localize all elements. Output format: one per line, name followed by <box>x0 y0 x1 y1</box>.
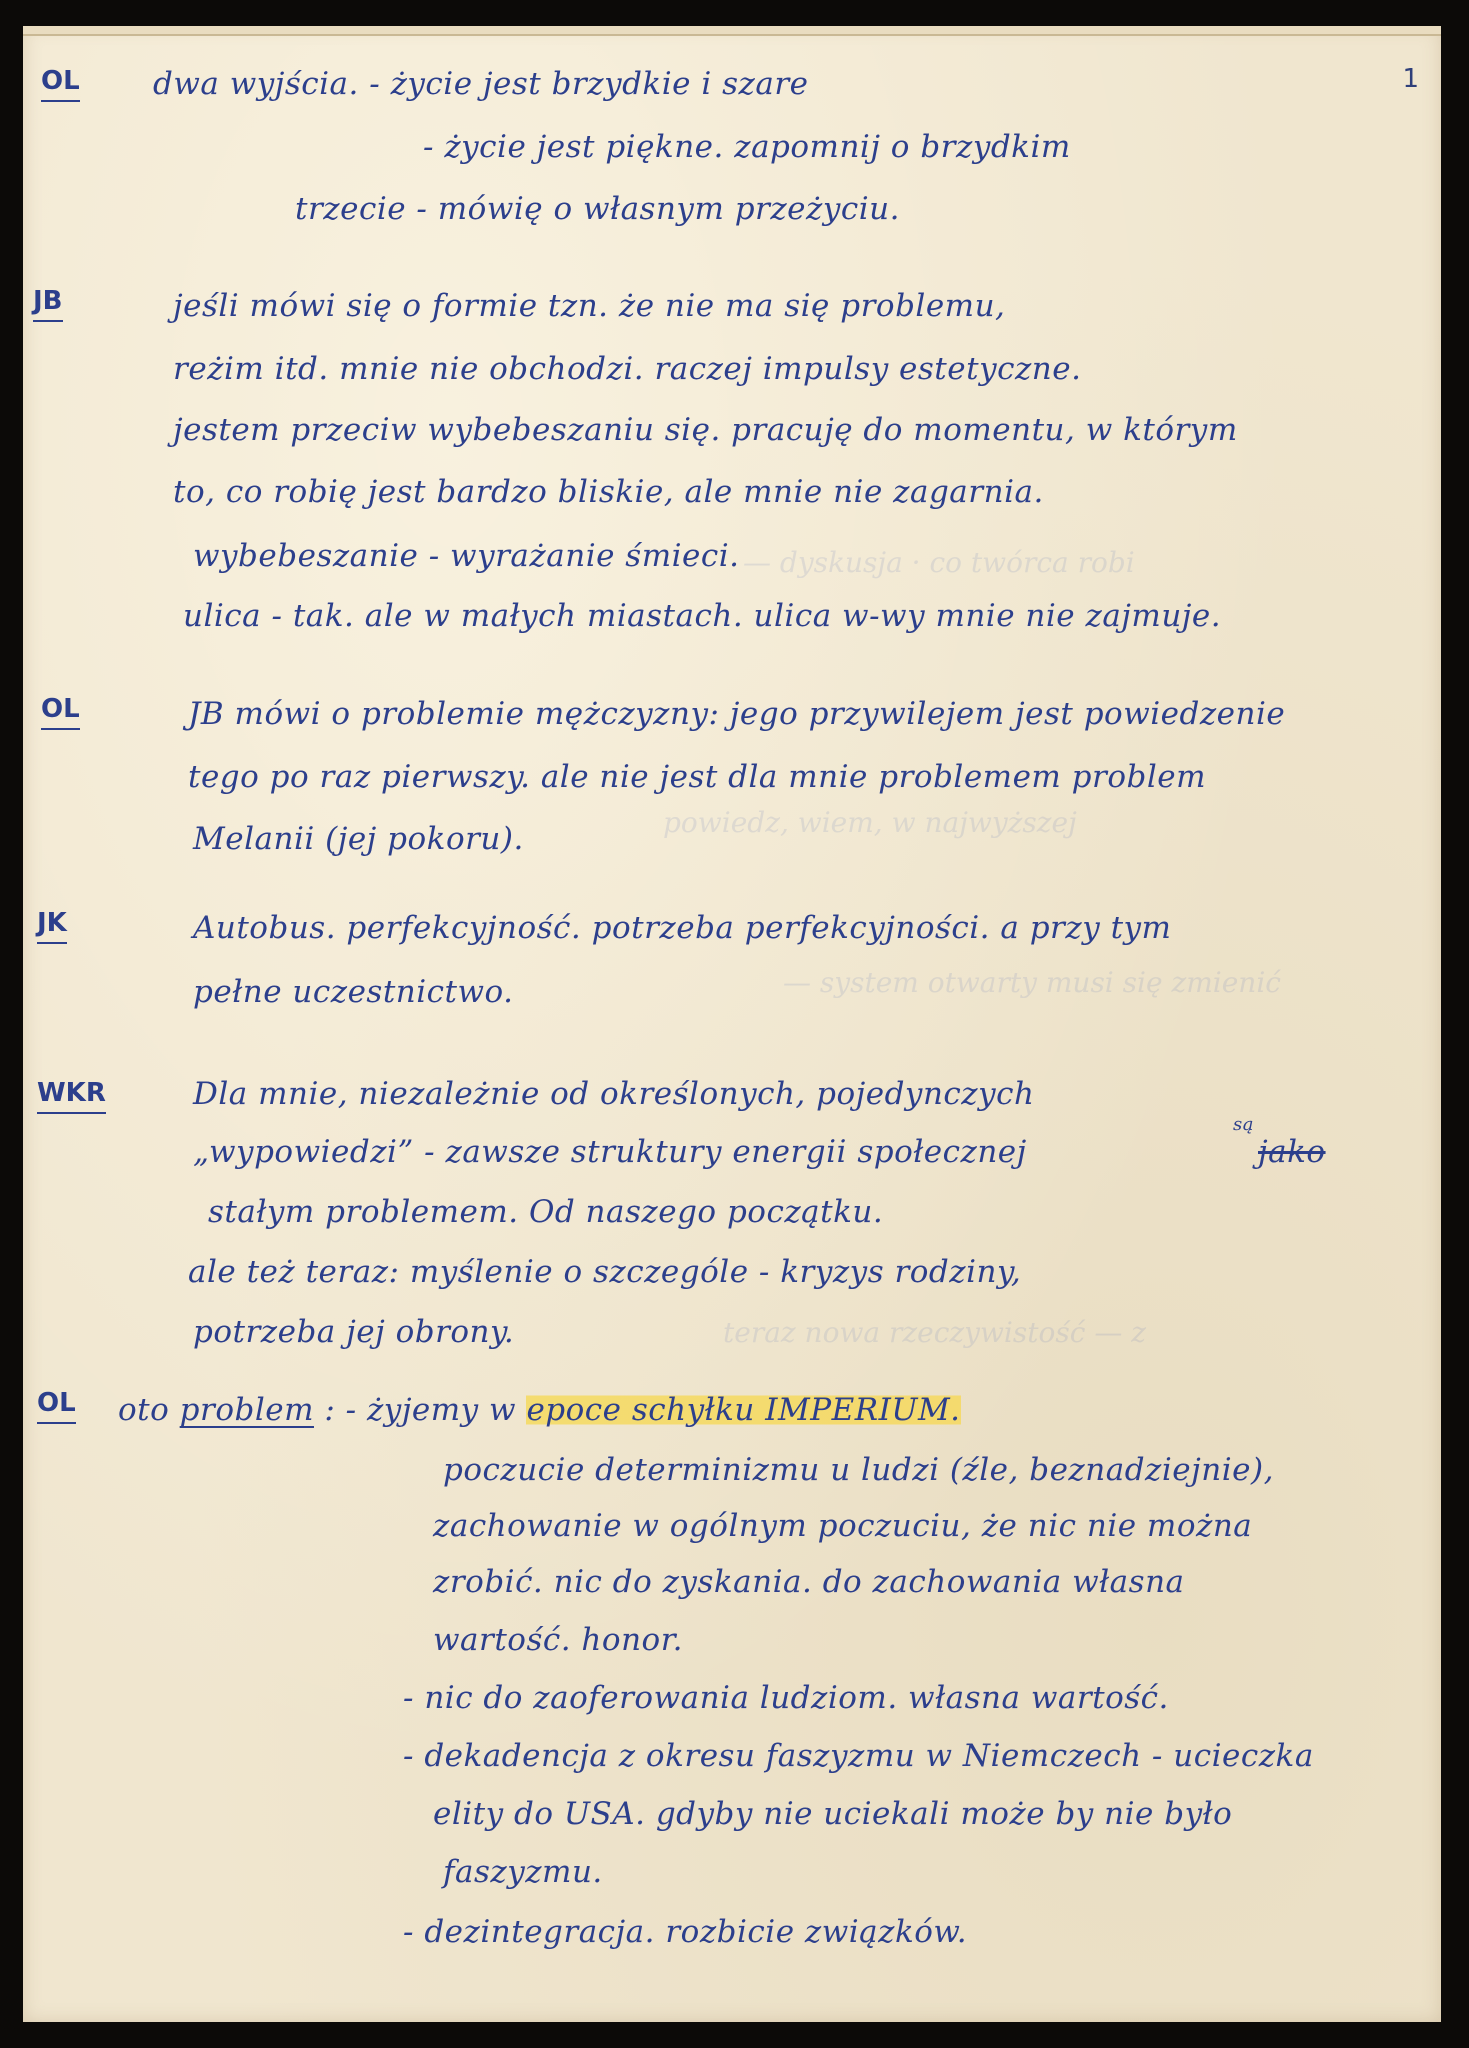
note-line: reżim itd. mnie nie obchodzi. raczej imp… <box>173 351 1081 387</box>
note-line: - nic do zaoferowania ludziom. własna wa… <box>403 1680 1169 1716</box>
note-line: wybebeszanie - wyrażanie śmieci. <box>193 538 740 574</box>
note-line: Dla mnie, niezależnie od określonych, po… <box>193 1076 1034 1112</box>
note-line: Autobus. perfekcyjność. potrzeba perfekc… <box>193 910 1171 946</box>
note-line-intro: oto problem : - żyjemy w epoce schyłku I… <box>118 1392 961 1428</box>
note-line: Melanii (jej pokoru). <box>193 821 524 857</box>
note-line: ale też teraz: myślenie o szczególe - kr… <box>188 1254 1021 1290</box>
note-line: potrzeba jej obrony. <box>193 1314 514 1350</box>
note-line: wartość. honor. <box>433 1622 683 1658</box>
note-line: jeśli mówi się o formie tzn. że nie ma s… <box>173 288 1005 324</box>
note-line: pełne uczestnictwo. <box>193 974 513 1010</box>
note-line: tego po raz pierwszy. ale nie jest dla m… <box>188 759 1206 795</box>
line-prefix: : - żyjemy w <box>324 1392 516 1428</box>
speaker-label: OL <box>37 1388 76 1424</box>
page-number: 1 <box>1402 64 1419 94</box>
note-line: zachowanie w ogólnym poczuciu, że nic ni… <box>433 1508 1252 1544</box>
intro-word: oto <box>118 1392 169 1428</box>
bleed-through-text: teraz nowa rzeczywistość — z <box>723 1316 1146 1349</box>
paper-top-fold <box>23 26 1441 36</box>
note-line: zrobić. nic do zyskania. do zachowania w… <box>433 1564 1185 1600</box>
speaker-label: WKR <box>37 1078 106 1114</box>
speaker-label: JK <box>37 908 67 944</box>
note-line: trzecie - mówię o własnym przeżyciu. <box>295 191 900 227</box>
note-line: stałym problemem. Od naszego początku. <box>208 1194 883 1230</box>
speaker-label: OL <box>41 66 80 102</box>
note-line: dwa wyjścia. - życie jest brzydkie i sza… <box>153 66 809 102</box>
note-line: ulica - tak. ale w małych miastach. ulic… <box>183 598 1221 634</box>
note-line: poczucie determinizmu u ludzi (źle, bezn… <box>443 1452 1274 1488</box>
struck-word: jako <box>1258 1134 1326 1170</box>
note-line: faszyzmu. <box>443 1854 603 1890</box>
note-line: „wypowiedzi” - zawsze struktury energii … <box>193 1134 1027 1170</box>
highlighted-phrase: epoce schyłku IMPERIUM. <box>526 1392 960 1428</box>
bleed-through-text: — dyskusja · co twórca robi <box>743 546 1135 579</box>
notebook-page: 1 — dyskusja · co twórca robi powiedz, w… <box>23 26 1441 2022</box>
note-line: to, co robię jest bardzo bliskie, ale mn… <box>173 474 1044 510</box>
note-line: - dekadencja z okresu faszyzmu w Niemcze… <box>403 1738 1314 1774</box>
speaker-label: JB <box>33 286 63 322</box>
bleed-through-text: powiedz, wiem, w najwyższej <box>663 806 1077 839</box>
note-line: elity do USA. gdyby nie uciekali może by… <box>433 1796 1232 1832</box>
inserted-word: są <box>1233 1114 1254 1135</box>
note-line: - życie jest piękne. zapomnij o brzydkim <box>423 129 1071 165</box>
note-line: - dezintegracja. rozbicie związków. <box>403 1914 967 1950</box>
bleed-through-text: — system otwarty musi się zmienić <box>783 966 1281 999</box>
speaker-label: OL <box>41 694 80 730</box>
underlined-word: problem <box>180 1392 314 1428</box>
note-line: jestem przeciw wybebeszaniu się. pracuję… <box>173 412 1238 448</box>
note-line: JB mówi o problemie mężczyzny: jego przy… <box>188 696 1285 732</box>
